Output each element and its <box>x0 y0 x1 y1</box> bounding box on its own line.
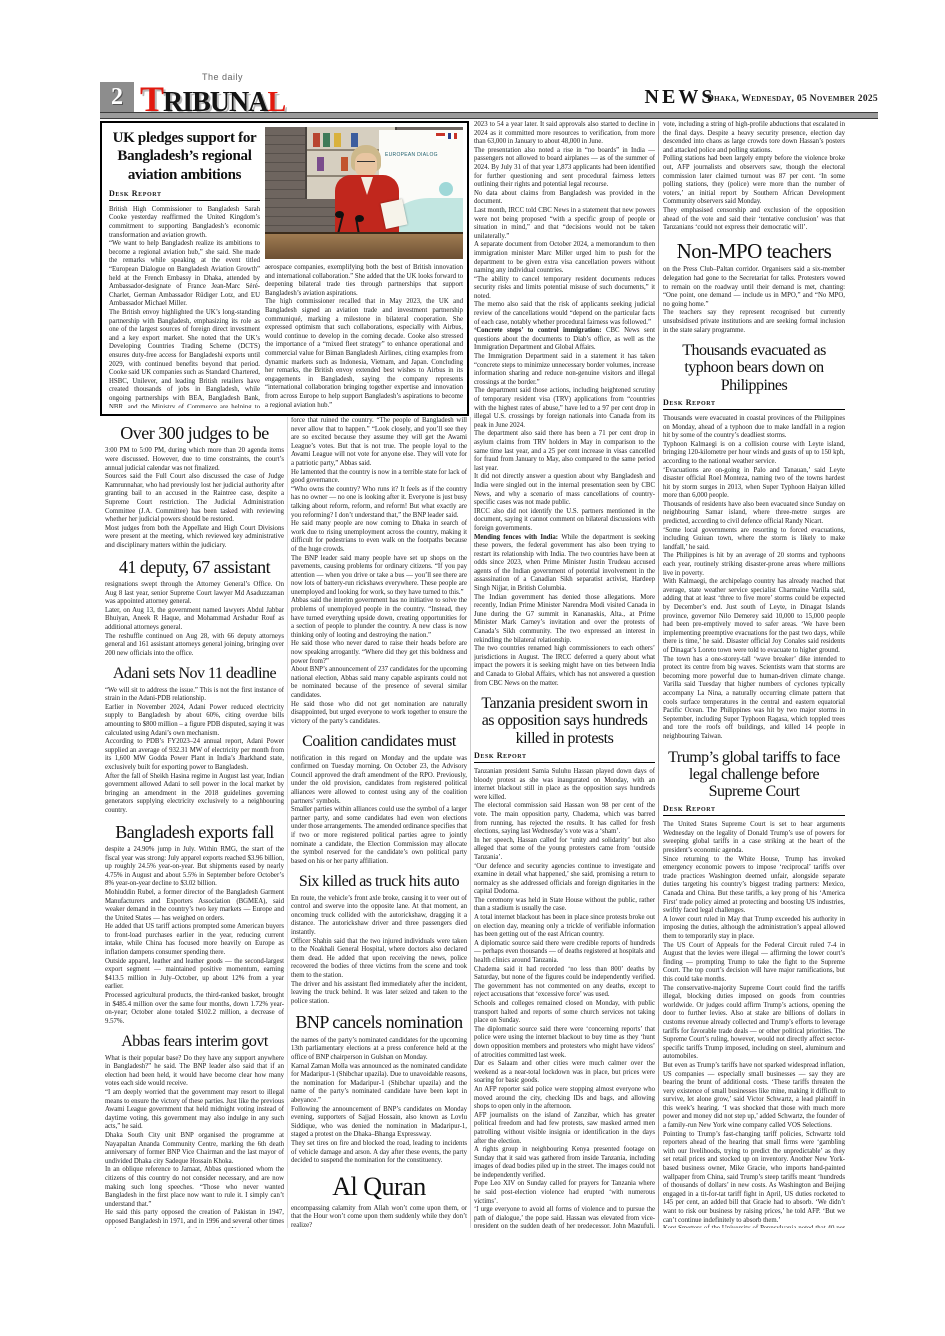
book-spine <box>351 133 358 147</box>
microphone-icon <box>335 211 344 218</box>
article-paragraph: The British envoy highlighted the UK’s l… <box>109 309 260 408</box>
article-paragraph: The United States Supreme Court is set t… <box>663 821 845 855</box>
lead-column-a: UK pledges support for Bangladesh’s regi… <box>109 127 260 408</box>
article-headline: Abbas fears interim govt <box>105 1033 284 1050</box>
article-paragraph: The teachers say they represent recognis… <box>663 309 845 335</box>
article-paragraph: ‘Concrete steps’ to control immigration:… <box>474 327 655 353</box>
masthead-rule <box>100 112 878 119</box>
book-spine <box>313 133 320 147</box>
article-paragraph: They emphasised censorship and exclusion… <box>663 207 845 233</box>
article-headline: Adani sets Nov 11 deadline <box>105 665 284 682</box>
article-paragraph: Chadema said it had recorded ‘no less th… <box>474 966 655 1000</box>
article-paragraph: Later, on Aug 13, the government named l… <box>105 607 284 633</box>
article-paragraph: The presentation also noted a rise in “n… <box>474 147 655 190</box>
article-paragraph: the names of the party’s nominated candi… <box>291 1037 467 1063</box>
article-paragraph: The department said those actions, inclu… <box>474 387 655 430</box>
article-paragraph: He added that US tariff actions prompted… <box>105 923 284 957</box>
article-headline: BNP cancels nomination <box>291 1013 467 1032</box>
article-paragraph: The department also said there has been … <box>474 430 655 473</box>
article-paragraph: IRCC also did not identify the U.S. part… <box>474 508 655 534</box>
book-spine <box>341 157 348 171</box>
lead-column-b: aerospace companies, exemplifying both t… <box>265 264 463 408</box>
article-paragraph: “We want to help Bangladesh realize its … <box>109 240 260 309</box>
podium <box>265 232 463 259</box>
article-paragraph: AFP journalists on the island of Zanziba… <box>474 1112 655 1146</box>
article-paragraph: Smaller parties within alliances could u… <box>291 806 467 866</box>
article-paragraph: The diplomatic source said there were ‘c… <box>474 1026 655 1060</box>
article-paragraph: After the fall of Sheikh Hasina regime i… <box>105 773 284 816</box>
speaker-glasses <box>357 161 375 166</box>
paragraph-lead-in: Mending fences with India: <box>474 534 561 541</box>
article-paragraph: The driver and his assistant fled immedi… <box>291 981 467 1007</box>
article-paragraph: No data about claims from Bangladesh was… <box>474 190 655 207</box>
page-number: 2 <box>100 82 134 113</box>
dateline: Dhaka, Wednesday, 05 November 2025 <box>640 94 878 104</box>
article-paragraph: Thousands were evacuated in coastal prov… <box>663 415 845 441</box>
france-flag-icon <box>448 133 457 139</box>
article-paragraph: The Immigration Department said in a sta… <box>474 353 655 387</box>
column-rule-1 <box>287 417 288 1228</box>
article-headline: Thousands evacuated as typhoon bears dow… <box>663 342 845 394</box>
book-spine <box>317 157 324 171</box>
article-paragraph: He said this party opposed the creation … <box>105 1209 284 1228</box>
flag-icon <box>436 133 445 139</box>
article-paragraph: In her speech, Hassan called for ‘unity … <box>474 837 655 863</box>
column-1: Over 300 judges to be3:00 PM to 5:00 PM,… <box>105 417 284 1228</box>
article-paragraph: force that ruined the country. “The peop… <box>291 417 467 469</box>
column-2: force that ruined the country. “The peop… <box>291 417 467 1228</box>
article-paragraph: ‘Our defence and security agencies conti… <box>474 863 655 897</box>
article-paragraph: The Indian government has denied those a… <box>474 594 655 646</box>
article-paragraph: According to PDB’s FY2023–24 annual repo… <box>105 738 284 772</box>
article-paragraph: Most judges from both the Appellate and … <box>105 525 284 551</box>
article-paragraph: notification in this regard on Monday an… <box>291 755 467 807</box>
article-paragraph: Since returning to the White House, Trum… <box>663 856 845 916</box>
screen-graphic-dot <box>439 182 453 196</box>
book-spine <box>323 133 330 147</box>
article-paragraph: The conservative-majority Supreme Court … <box>663 985 845 1062</box>
lead-byline: Desk Report <box>109 189 260 201</box>
article-paragraph: “The ability to cancel temporary residen… <box>474 276 655 302</box>
article-paragraph: encompassing calamity from Allah won’t c… <box>291 1205 467 1228</box>
article-headline: Tanzania president sworn in as oppositio… <box>474 695 655 747</box>
article-paragraph: Mohiuddin Rubel, a former director of th… <box>105 889 284 923</box>
paragraph-lead-in: ‘Concrete steps’ to control immigration: <box>474 327 606 334</box>
article-paragraph: Abbas said the interim government has no… <box>291 597 467 640</box>
article-paragraph: aerospace companies, exemplifying both t… <box>265 264 463 298</box>
byline: Desk Report <box>663 398 845 410</box>
lead-body-b: aerospace companies, exemplifying both t… <box>265 264 463 408</box>
article-headline: Al Quran <box>291 1173 467 1201</box>
article-paragraph: Polling stations had been largely empty … <box>663 155 845 207</box>
article-paragraph: About BNP’s announcement of 237 candidat… <box>291 666 467 700</box>
article-paragraph: What is their popular base? Do they have… <box>105 1055 284 1089</box>
column-4: vote, including a string of high-profile… <box>663 121 845 1228</box>
article-paragraph: 3:00 PM to 5:00 PM, during which more th… <box>105 447 284 473</box>
microphone-icon <box>355 215 364 222</box>
article-paragraph: He lamented that the country is now in a… <box>291 469 467 486</box>
article-paragraph: ‘Evacuations are on-going in Palo and Ta… <box>663 467 845 501</box>
article-paragraph: En route, the vehicle’s front axle broke… <box>291 895 467 938</box>
article-paragraph: The reshuffle continued on Aug 28, with … <box>105 633 284 659</box>
article-paragraph: He said those who never dared to raise t… <box>291 640 467 666</box>
lead-story: UK pledges support for Bangladesh’s regi… <box>100 121 469 416</box>
lead-photo: EUROPEAN DIALOG <box>265 127 463 259</box>
article-paragraph: ‘I urge everyone to avoid all forms of v… <box>474 1206 655 1228</box>
article-paragraph: Kamal Zaman Molla was announced as the n… <box>291 1063 467 1106</box>
article-paragraph: “Who owns the country? Who runs it? It f… <box>291 486 467 520</box>
byline: Desk Report <box>474 751 655 763</box>
article-paragraph: despite a 24.90% jump in July. Within RM… <box>105 846 284 889</box>
article-paragraph: He said those who did not get nomination… <box>291 701 467 727</box>
article-paragraph: A rights group in neighbouring Kenya pre… <box>474 1146 655 1180</box>
screen-text: EUROPEAN DIALOG <box>385 152 438 158</box>
lead-headline: UK pledges support for Bangladesh’s regi… <box>109 129 260 184</box>
article-paragraph: Processed agricultural products, the thi… <box>105 992 284 1026</box>
article-headline: 41 deputy, 67 assistant <box>105 558 284 577</box>
article-paragraph: The ceremony was held in State House wit… <box>474 897 655 914</box>
article-headline: Coalition candidates must <box>291 733 467 750</box>
article-paragraph: Sources said the Full Court also discuss… <box>105 473 284 525</box>
article-paragraph: British High Commissioner to Bangladesh … <box>109 206 260 240</box>
article-paragraph: resignations swept through the Attorney … <box>105 581 284 607</box>
article-paragraph: But even as Trump’s tariffs have not spa… <box>663 1062 845 1131</box>
article-paragraph: The town has a one-storey-tall ‘wave bre… <box>663 656 845 742</box>
article-paragraph: A separate document from October 2024, a… <box>474 241 655 275</box>
article-headline: Trump’s global tariffs to face legal cha… <box>663 749 845 801</box>
article-paragraph: It did not directly answer a question ab… <box>474 473 655 507</box>
article-paragraph: He said many people are now coming to Dh… <box>291 520 467 554</box>
article-paragraph: Pope Leo XIV on Sunday called for prayer… <box>474 1180 655 1206</box>
article-paragraph: Typhoon Kalmaegi is on a collision cours… <box>663 441 845 467</box>
book-spine <box>334 133 341 147</box>
article-paragraph: Last month, IRCC told CBC News in a stat… <box>474 207 655 241</box>
article-paragraph: on the Press Club–Paltan corridor. Organ… <box>663 266 845 309</box>
article-paragraph: The US Court of Appeals for the Federal … <box>663 942 845 985</box>
article-paragraph: The high commissioner recalled that in M… <box>265 298 463 408</box>
article-headline: Six killed as truck hits auto <box>291 873 467 890</box>
column-rule-2 <box>470 417 471 1228</box>
article-paragraph: Pointing to Trump’s fast-changing tariff… <box>663 1131 845 1226</box>
article-paragraph: “I am deeply worried that the government… <box>105 1089 284 1132</box>
article-paragraph: 2023 to 54 a year later. It said approva… <box>474 121 655 147</box>
article-paragraph: The Philippines is hit by an average of … <box>663 552 845 578</box>
article-paragraph: Schools and colleges remained closed on … <box>474 1000 655 1026</box>
article-paragraph: An AFP reporter said police were stoppin… <box>474 1086 655 1112</box>
article-paragraph: The memo also said that the risk of appl… <box>474 301 655 327</box>
article-paragraph: “We will sit to address the issue.” This… <box>105 687 284 704</box>
newspaper-page: 2 The daily TRIBUNAL NEWS Dhaka, Wednesd… <box>0 0 945 1336</box>
article-paragraph: In an oblique reference to Jamaat, Abbas… <box>105 1166 284 1209</box>
article-paragraph: Kent Smetters of the University of Penns… <box>663 1225 845 1228</box>
byline: Desk Report <box>663 804 845 816</box>
article-headline: Over 300 judges to be <box>105 424 284 443</box>
article-paragraph: The two countries renamed high commissio… <box>474 645 655 688</box>
article-paragraph: Mending fences with India: While the dep… <box>474 534 655 594</box>
column-3: 2023 to 54 a year later. It said approva… <box>474 121 655 1228</box>
newspaper-logo: The daily TRIBUNAL <box>140 72 360 116</box>
article-paragraph: Dhaka South City unit BNP organised the … <box>105 1132 284 1166</box>
article-paragraph: ‘Some local governments are resorting to… <box>663 527 845 553</box>
article-paragraph: A total internet blackout has been in pl… <box>474 914 655 940</box>
article-paragraph: Following the announcement of BNP’s cand… <box>291 1106 467 1140</box>
article-paragraph: Dar es Salaam and other cities were much… <box>474 1060 655 1086</box>
article-paragraph: They set tires on fire and blocked the r… <box>291 1140 467 1166</box>
lead-body-a: British High Commissioner to Bangladesh … <box>109 206 260 408</box>
article-paragraph: Earlier in November 2024, Adani Power re… <box>105 704 284 738</box>
article-paragraph: vote, including a string of high-profile… <box>663 121 845 155</box>
article-paragraph: With Kalmaegi, the archipelago country h… <box>663 578 845 655</box>
article-paragraph: A lower court ruled in May that Trump ex… <box>663 916 845 942</box>
article-paragraph: A diplomatic source said there were cred… <box>474 940 655 966</box>
article-paragraph: The electoral commission said Hassan won… <box>474 802 655 836</box>
column-rule-3 <box>658 121 659 1228</box>
article-paragraph: Outside apparel, leather and leather goo… <box>105 958 284 992</box>
article-paragraph: Officer Shahin said that the two injured… <box>291 938 467 981</box>
article-paragraph: Tanzanian president Samia Suluhu Hassan … <box>474 768 655 802</box>
article-paragraph: The BNP leader said many people have set… <box>291 555 467 598</box>
article-headline: Bangladesh exports fall <box>105 823 284 842</box>
article-paragraph: Thousands of residents have also been ev… <box>663 501 845 527</box>
article-headline: Non-MPO teachers <box>663 240 845 263</box>
